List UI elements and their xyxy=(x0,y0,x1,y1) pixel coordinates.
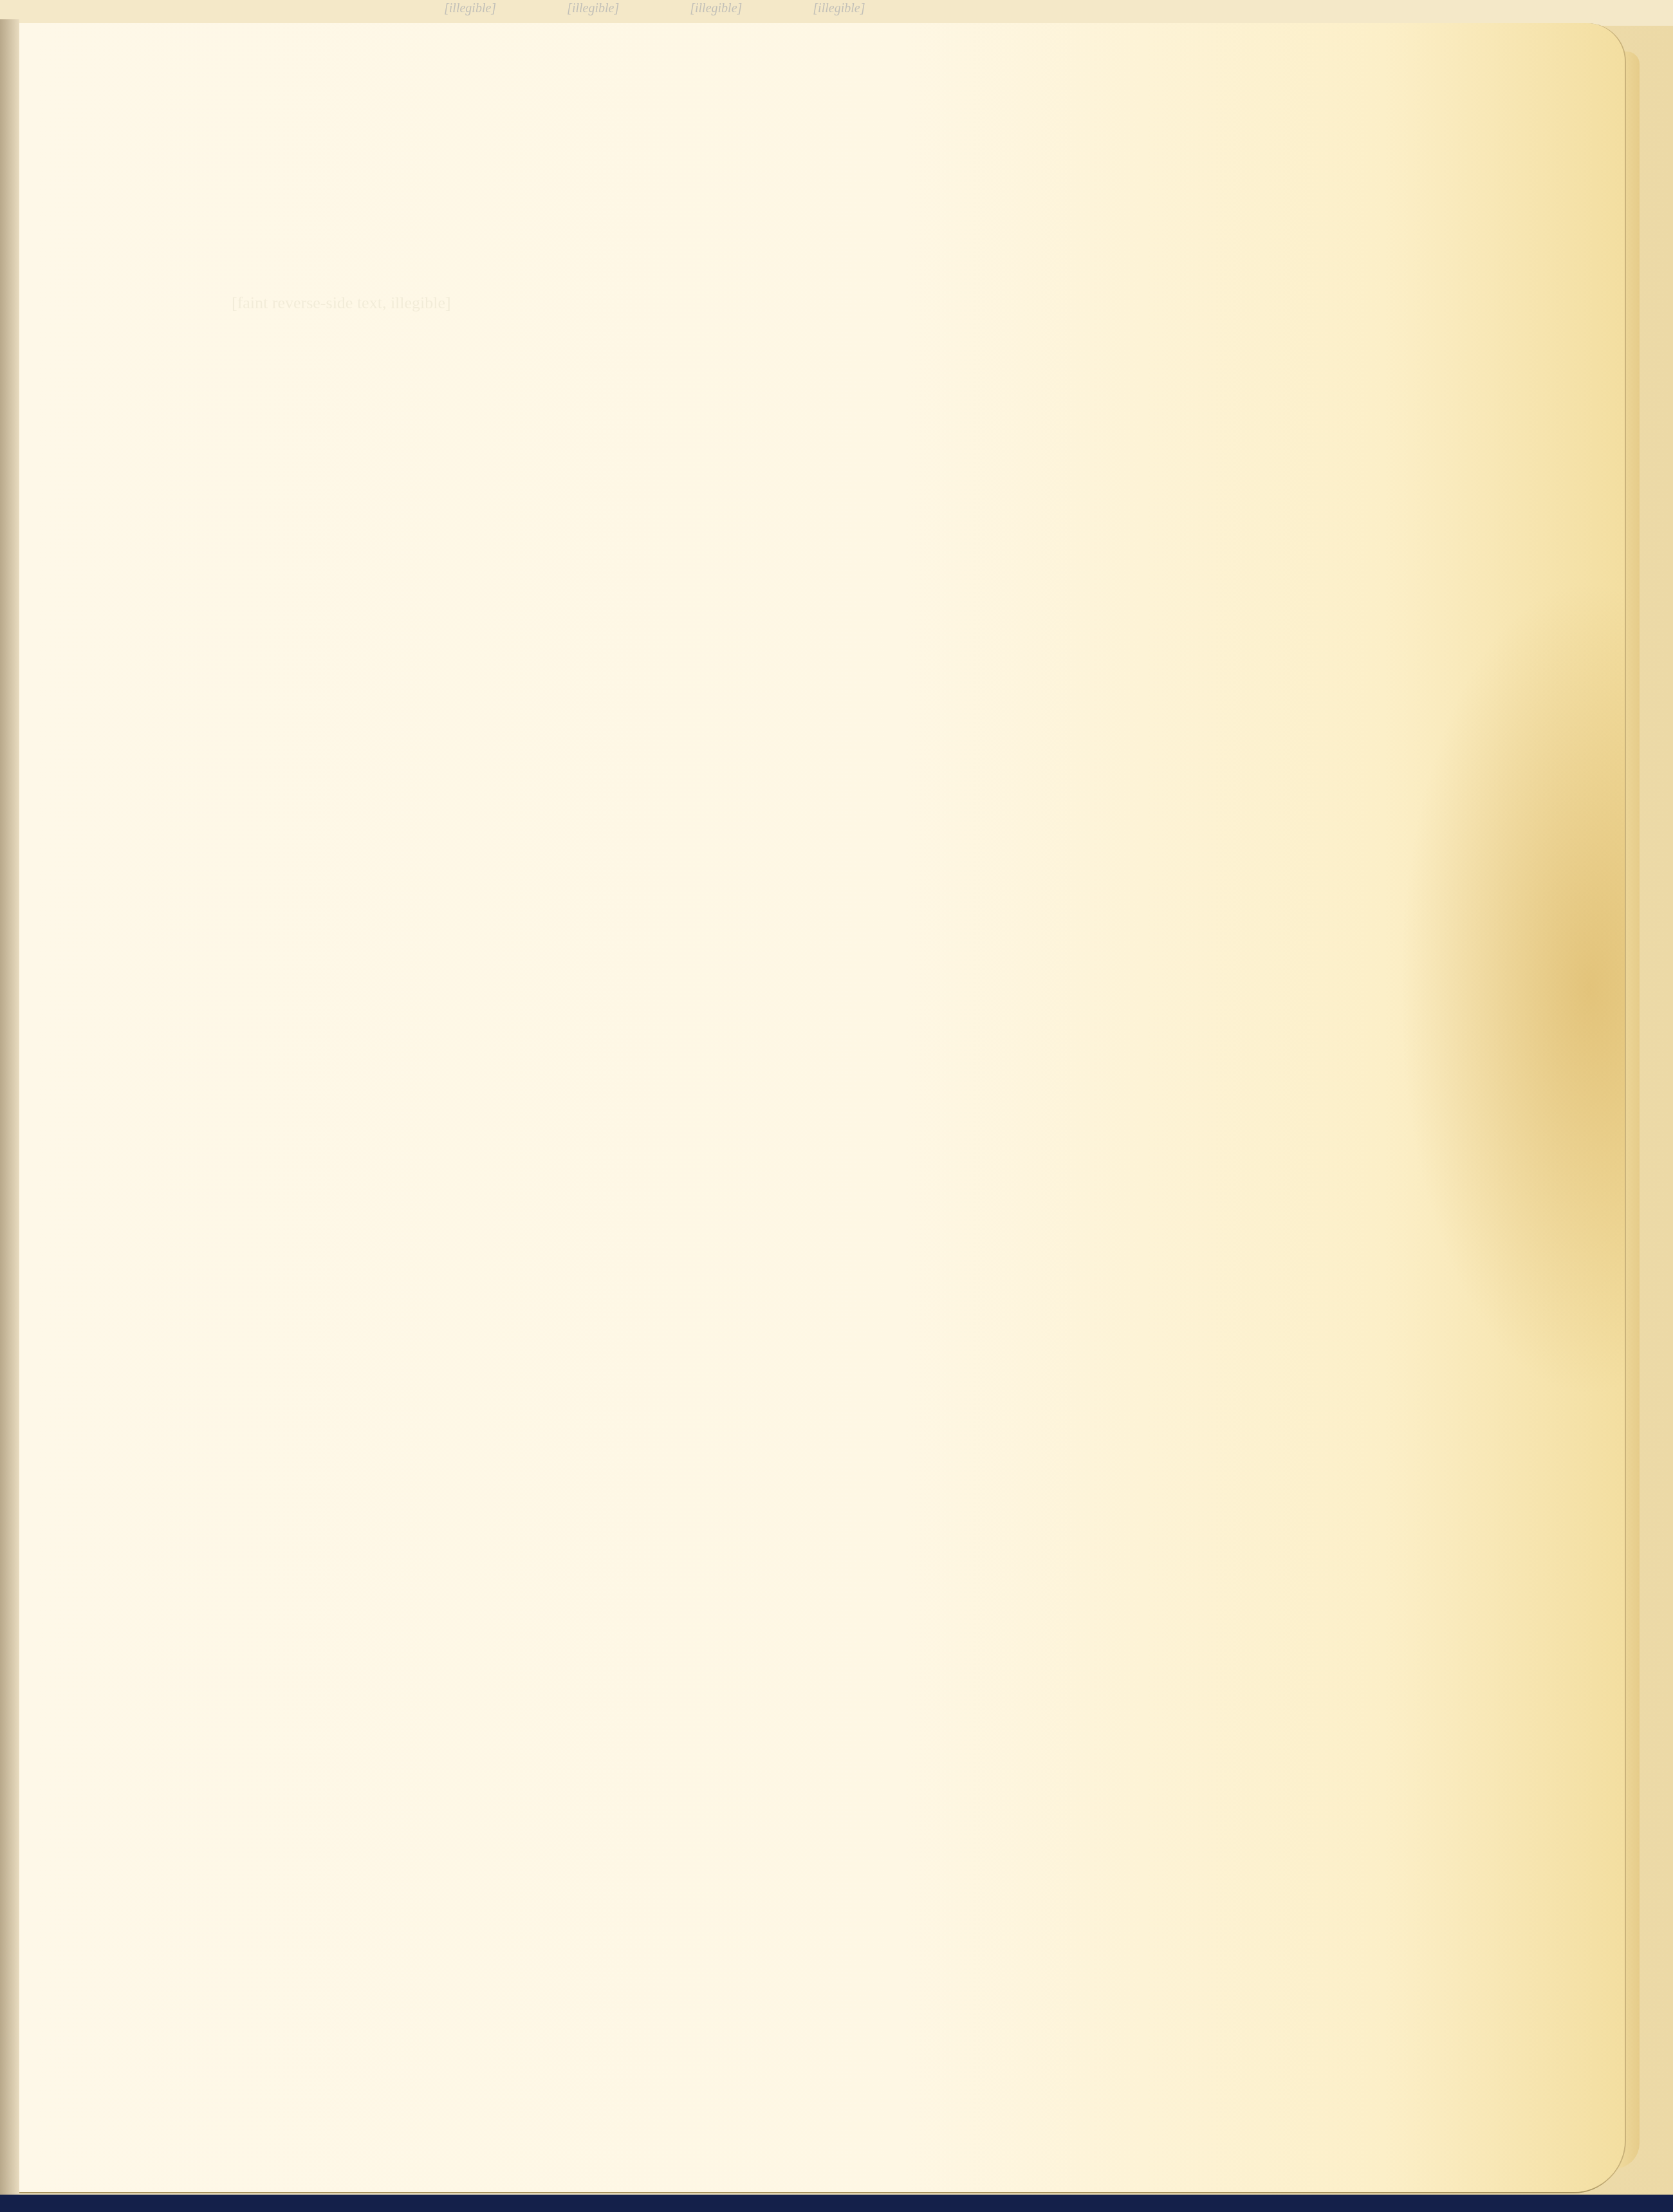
top-margin-strip: [illegible] [illegible] [illegible] [ill… xyxy=(0,0,1673,26)
handwritten-note: [illegible] xyxy=(567,1,619,16)
top-handwriting: [illegible] [illegible] [illegible] [ill… xyxy=(444,1,865,16)
handwritten-note: [illegible] xyxy=(813,1,865,16)
book-spine-edge xyxy=(0,19,19,2195)
handwritten-note: [illegible] xyxy=(444,1,496,16)
show-through-text: [faint reverse-side text, illegible] xyxy=(232,293,451,313)
blank-page: [faint reverse-side text, illegible] xyxy=(19,23,1625,2192)
handwritten-note: [illegible] xyxy=(690,1,742,16)
